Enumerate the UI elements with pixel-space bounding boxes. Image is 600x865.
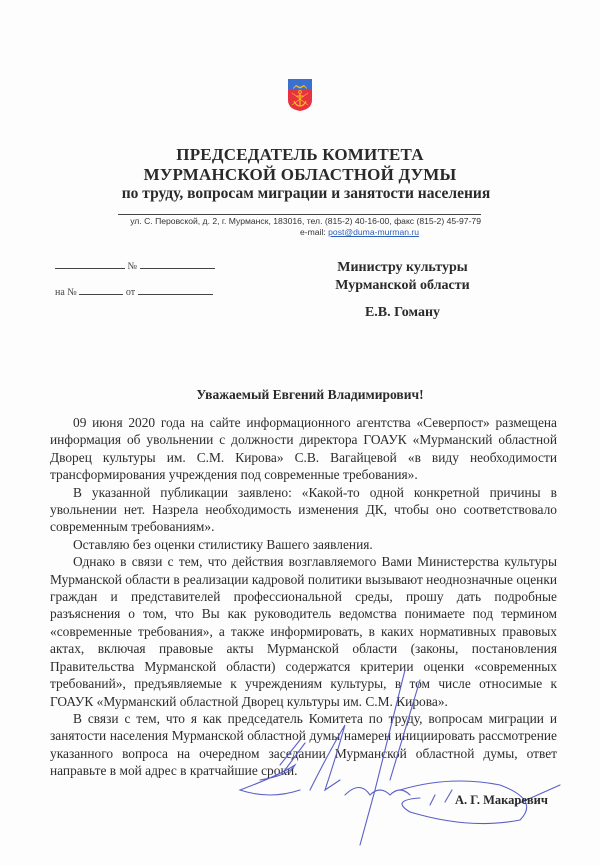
email-label: e-mail:: [300, 227, 328, 237]
paragraph-2: В указанной публикации заявлено: «Какой-…: [50, 484, 557, 536]
recipient-title: Министру культуры Мурманской области: [305, 259, 500, 295]
letterhead-email-line: e-mail: post@duma-murman.ru: [118, 227, 481, 238]
letterhead-divider: [118, 214, 481, 215]
recipient-line1: Министру культуры: [305, 259, 500, 277]
recipient-name: Е.В. Гоману: [305, 304, 500, 322]
coat-of-arms-icon: [287, 78, 313, 112]
outgoing-registration-line: №: [55, 258, 215, 272]
letter-body: 09 июня 2020 года на сайте информационно…: [50, 414, 557, 780]
number-sign: №: [128, 261, 138, 272]
paragraph-4: Однако в связи с тем, что действия возгл…: [50, 553, 557, 710]
letter-page: ПРЕДСЕДАТЕЛЬ КОМИТЕТА МУРМАНСКОЙ ОБЛАСТН…: [0, 0, 600, 865]
reply-date-blank: [138, 284, 213, 295]
letterhead-address: ул. С. Перовской, д. 2, г. Мурманск, 183…: [130, 216, 481, 226]
letterhead-committee: по труду, вопросам миграции и занятости …: [6, 185, 600, 203]
recipient-line2: Мурманской области: [305, 277, 500, 295]
email-link[interactable]: post@duma-murman.ru: [328, 227, 419, 237]
reply-number-blank: [79, 284, 123, 295]
reply-registration-line: на № от: [55, 284, 213, 298]
outgoing-date-blank: [55, 258, 125, 269]
letterhead-title-line2: МУРМАНСКОЙ ОБЛАСТНОЙ ДУМЫ: [0, 165, 600, 185]
paragraph-3: Оставляю без оценки стилистику Вашего за…: [50, 536, 557, 553]
from-label: от: [126, 287, 135, 298]
outgoing-number-blank: [140, 258, 215, 269]
letterhead-contacts: ул. С. Перовской, д. 2, г. Мурманск, 183…: [118, 216, 481, 238]
salutation: Уважаемый Евгений Владимирович!: [0, 387, 600, 403]
letterhead-title-line1: ПРЕДСЕДАТЕЛЬ КОМИТЕТА: [0, 145, 600, 165]
signatory-name: А. Г. Макаревич: [455, 793, 548, 808]
reply-to-label: на №: [55, 287, 77, 298]
paragraph-5: В связи с тем, что я как председатель Ко…: [50, 710, 557, 780]
paragraph-1: 09 июня 2020 года на сайте информационно…: [50, 414, 557, 484]
